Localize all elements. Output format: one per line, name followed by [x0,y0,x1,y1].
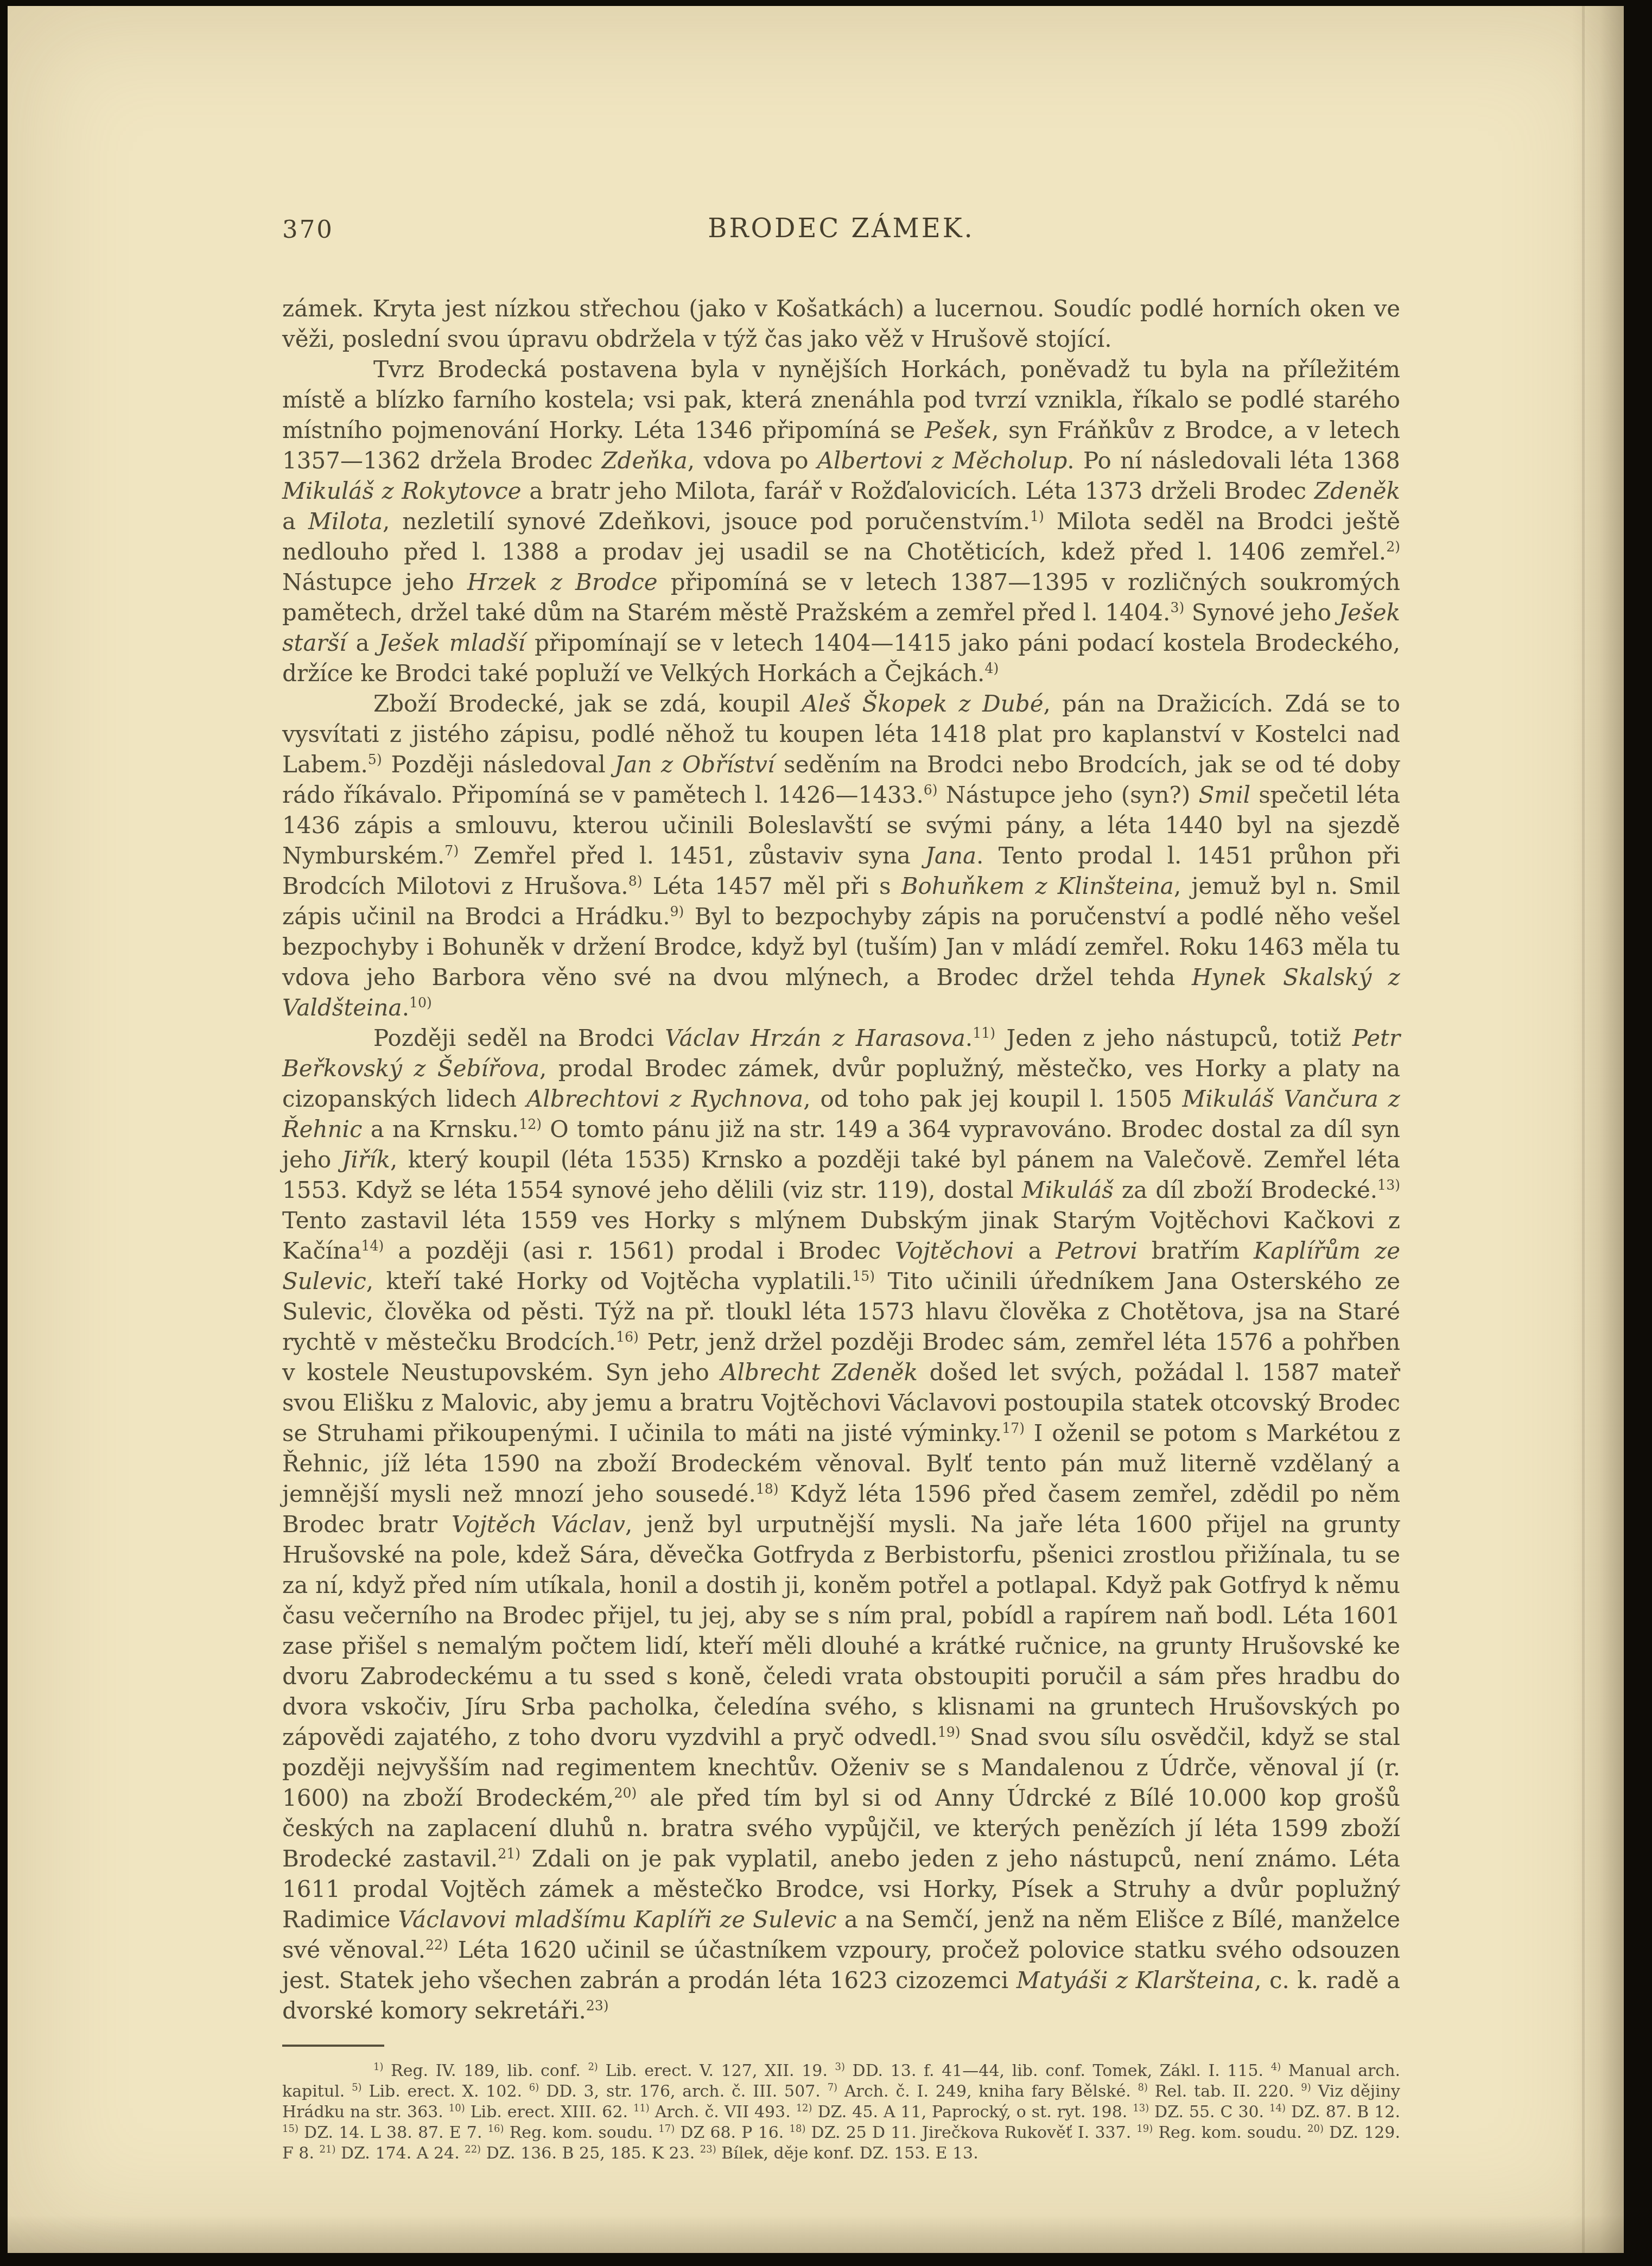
text-run: , vdova po [688,447,817,474]
footnote-marker: 7) [444,843,459,859]
text-run: DZ. 174. A 24. [335,2144,465,2163]
footnote-marker: 23) [700,2144,716,2155]
footnote-marker: 11) [973,1025,995,1041]
footnote-marker: 22) [425,1937,448,1953]
italic-name: Vojtěchovi [895,1237,1014,1264]
text-run: a [347,630,379,656]
italic-name: Albrechtovi z Rychnova [526,1086,803,1112]
text-run: DZ. 14. L 38. 87. E 7. [298,2123,488,2142]
footnote-marker: 3) [835,2061,845,2073]
italic-name: Vojtěch Václav [452,1511,625,1538]
italic-name: Zdeňka [601,447,687,474]
paragraph: Tvrz Brodecká postavena byla v nynějších… [282,354,1400,689]
text-run: DZ. 45. A 11, Paprocký, o st. ryt. 198. [812,2103,1133,2122]
text-run: Zboží Brodecké, jak se zdá, koupil [373,690,802,717]
text-run: Lib. erect. X. 102. [362,2082,529,2101]
italic-name: Jiřík [342,1146,390,1173]
text-run: Arch. č. I. 249, kniha fary Bělské. [837,2082,1138,2101]
text-run: DZ. 55. C 30. [1149,2103,1269,2122]
footnote-marker: 3) [1170,600,1184,615]
italic-name: Mikuláš z Rokytovce [282,478,522,504]
text-run: a později (asi r. 1561) prodal i Brodec [384,1237,895,1264]
footnote-marker: 14) [1269,2103,1286,2114]
text-run: a [1014,1237,1056,1264]
text-run: DZ. 136. B 25, 185. K 23. [481,2144,700,2163]
text-run: Reg. kom. soudu. [1153,2123,1307,2142]
running-head: 370 BRODEC ZÁMEK. [282,213,1400,244]
footnote-marker: 11) [633,2103,650,2114]
footnote-marker: 8) [1138,2082,1148,2093]
text-run: a bratr jeho Milota, farář v Rožďalovicí… [522,478,1314,504]
footnote-marker: 15) [282,2123,298,2135]
footnote-marker: 10) [409,995,432,1011]
page-number: 370 [282,215,334,244]
italic-name: Petrovi [1056,1237,1138,1264]
text-run: Bílek, děje konf. DZ. 153. E 13. [716,2144,979,2163]
text-run: , od toho pak jej koupil l. 1505 [803,1086,1182,1112]
text-run: Reg. IV. 189, lib. conf. [383,2061,588,2080]
footnote-marker: 12) [796,2103,812,2114]
footnote-marker: 18) [790,2123,806,2135]
footnote-marker: 13) [1377,1177,1400,1193]
text-run: . Po ní následovali léta 1368 [1067,447,1400,474]
text-run: Arch. č. VII 493. [650,2103,796,2122]
footnote-marker: 14) [361,1238,384,1254]
footnote-marker: 5) [368,752,382,767]
footnote-marker: 20) [1307,2123,1324,2135]
text-run: Později seděl na Brodci [373,1025,665,1051]
text-run: DD. 13. f. 41—44, lib. conf. Tomek, Zákl… [845,2061,1271,2080]
italic-name: Zdeněk [1314,478,1400,504]
body-text: zámek. Kryta jest nízkou střechou (jako … [282,294,1400,2026]
footnote-marker: 19) [1136,2123,1153,2135]
text-run: a na Krnsku. [363,1116,519,1142]
italic-name: Bohuňkem z Klinšteina [901,873,1174,899]
footnote-marker: 19) [938,1724,961,1740]
text-run: Později následoval [382,751,615,778]
text-run: za díl zboží Brodecké. [1114,1177,1377,1203]
footnote-marker: 6) [529,2082,539,2093]
page-edge-shadow [1572,6,1624,2253]
text-run: zámek. Kryta jest nízkou střechou (jako … [282,295,1400,352]
footnote-marker: 4) [1271,2061,1281,2073]
book-page-paper: 370 BRODEC ZÁMEK. zámek. Kryta jest nízk… [8,6,1624,2253]
page-content: 370 BRODEC ZÁMEK. zámek. Kryta jest nízk… [282,213,1400,2164]
footnote-marker: 7) [828,2082,837,2093]
italic-name: Václavovi mladšímu Kaplíři ze Sulevic [398,1906,837,1933]
footnote-marker: 10) [449,2103,465,2114]
italic-name: Ješek mladší [378,630,525,656]
text-run: DZ. 87. B 12. [1286,2103,1400,2122]
running-title: BRODEC ZÁMEK. [708,213,975,244]
footnote-marker: 5) [352,2082,361,2093]
footnote-marker: 16) [488,2123,504,2135]
footnote-marker: 16) [616,1329,639,1345]
footnote-marker: 6) [924,782,938,798]
footnote-text: 1) Reg. IV. 189, lib. conf. 2) Lib. erec… [282,2061,1400,2164]
text-run: Nástupce jeho (syn?) [938,782,1199,808]
text-run: Jeden z jeho nástupců, totiž [995,1025,1352,1051]
text-run: . [402,994,409,1021]
footnote-marker: 17) [1002,1420,1025,1436]
paragraph: zámek. Kryta jest nízkou střechou (jako … [282,294,1400,354]
italic-name: Mikuláš [1022,1177,1114,1203]
footnote-marker: 4) [984,661,999,676]
text-run: , kteří také Horky od Vojtěcha vyplatili… [366,1268,853,1294]
text-run: Lib. erect. V. 127, XII. 19. [598,2061,835,2080]
footnote-marker: 22) [465,2144,481,2155]
text-run: Synové jeho [1184,599,1338,626]
text-run: Reg. kom. soudu. [504,2123,659,2142]
italic-name: Jana [925,842,976,869]
footnote-marker: 1) [373,2061,383,2073]
text-run: DZ. 25 D 11. Jirečkova Rukověť I. 337. [805,2123,1136,2142]
footnote-marker: 2) [1386,539,1400,555]
italic-name: Milota [308,508,383,535]
footnote-marker: 18) [756,1481,779,1497]
paragraph: Později seděl na Brodci Václav Hrzán z H… [282,1023,1400,2026]
footnote-marker: 8) [628,873,643,889]
italic-name: Albertovi z Měcholup [817,447,1068,474]
paragraph: Zboží Brodecké, jak se zdá, koupil Aleš … [282,689,1400,1023]
footnote-marker: 17) [658,2123,675,2135]
footnote-marker: 13) [1133,2103,1149,2114]
footnote-marker: 20) [614,1785,637,1801]
footnote-marker: 2) [588,2061,598,2073]
footnote-separator-rule [282,2045,384,2047]
italic-name: Albrecht Zdeněk [721,1359,918,1386]
text-run: , jenž byl urputnější mysli. Na jaře lét… [282,1511,1400,1750]
text-run: , nezletilí synové Zdeňkovi, jsouce pod … [383,508,1030,535]
italic-name: Aleš Škopek z Dubé [802,690,1044,717]
text-run: Rel. tab. II. 220. [1148,2082,1301,2101]
page-bottom-shadow [8,2215,1624,2253]
italic-name: Pešek [925,417,992,443]
footnote-marker: 21) [320,2144,336,2155]
footnote-marker: 12) [519,1116,542,1132]
text-run: Léta 1457 měl při s [643,873,901,899]
text-run: Nástupce jeho [282,569,467,595]
italic-name: Hrzek z Brodce [467,569,658,595]
footnotes: 1) Reg. IV. 189, lib. conf. 2) Lib. erec… [282,2061,1400,2164]
text-run: . [965,1025,973,1051]
text-run: DD. 3, str. 176, arch. č. III. 507. [539,2082,827,2101]
italic-name: Jan z Obříství [614,751,774,778]
footnote-marker: 21) [498,1846,520,1862]
text-run: Zemřel před l. 1451, zůstaviv syna [459,842,925,869]
footnote-marker: 9) [670,904,684,919]
italic-name: Smil [1199,782,1250,808]
text-run: bratřím [1138,1237,1254,1264]
text-run: Lib. erect. XIII. 62. [465,2103,633,2122]
italic-name: Václav Hrzán z Harasova [665,1025,965,1051]
footnote-marker: 1) [1030,509,1044,524]
footnote-marker: 15) [852,1268,875,1284]
italic-name: Matyáši z Klaršteina [1016,1967,1254,1994]
text-run: a [282,508,308,535]
footnote-marker: 9) [1301,2082,1311,2093]
text-run: DZ 68. P 16. [675,2123,789,2142]
footnote-marker: 23) [586,1998,609,2014]
